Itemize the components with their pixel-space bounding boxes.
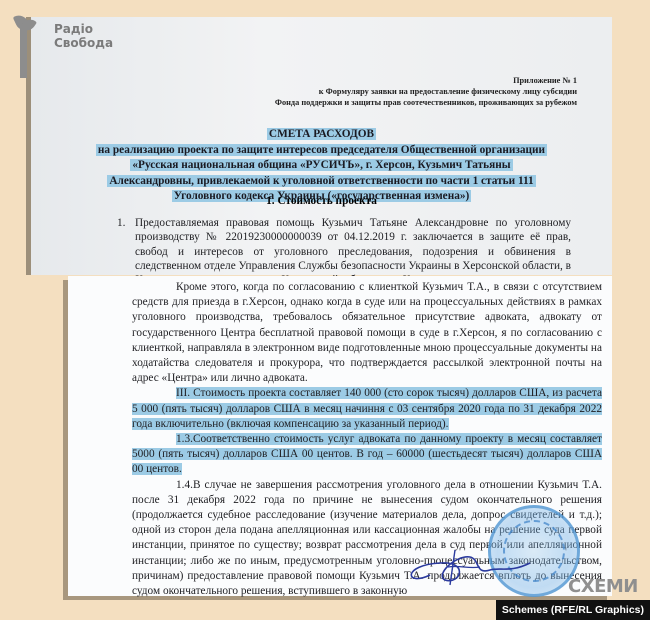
paragraph-1-number: 1. <box>117 216 125 230</box>
appendix-line-3: Фонда поддержки и защиты прав соотечеств… <box>275 97 577 108</box>
appendix-number: Приложение № 1 <box>275 75 577 86</box>
radio-svoboda-logo: Радіо Свобода <box>14 12 113 60</box>
schemes-watermark: СХЕМИ <box>568 576 638 597</box>
document-page-top: Приложение № 1 к Формуляру заявки на пре… <box>31 17 612 275</box>
estimate-subtitle-line: на реализацию проекта по защите интересо… <box>96 144 547 156</box>
estimate-title-block: СМЕТА РАСХОДОВ на реализацию проекта по … <box>31 127 612 205</box>
logo-text: Радіо Свобода <box>54 22 113 50</box>
section-title: 1. Стоимость проекта <box>31 195 612 207</box>
handwritten-signature-icon <box>400 545 540 590</box>
logo-line-2: Свобода <box>54 36 113 50</box>
estimate-subtitle-line: «Русская национальная община «РУСИЧЪ», г… <box>130 159 512 171</box>
appendix-header: Приложение № 1 к Формуляру заявки на пре… <box>275 75 577 108</box>
logo-line-1: Радіо <box>54 22 113 36</box>
paragraph-monthly-cost: 1.3.Соответственно стоимость услуг адвок… <box>132 433 602 475</box>
image-credit: Schemes (RFE/RL Graphics) <box>496 600 650 620</box>
paragraph-project-cost: III. Стоимость проекта составляет 140 00… <box>132 387 602 429</box>
paragraph-additional: Кроме этого, когда по согласованию с кли… <box>132 280 602 386</box>
radio-svoboda-logo-icon <box>14 12 36 60</box>
estimate-subtitle-line: Александровны, привлекаемой к уголовной … <box>107 175 535 187</box>
appendix-line-2: к Формуляру заявки на предоставление физ… <box>275 86 577 97</box>
estimate-title: СМЕТА РАСХОДОВ <box>267 128 376 140</box>
